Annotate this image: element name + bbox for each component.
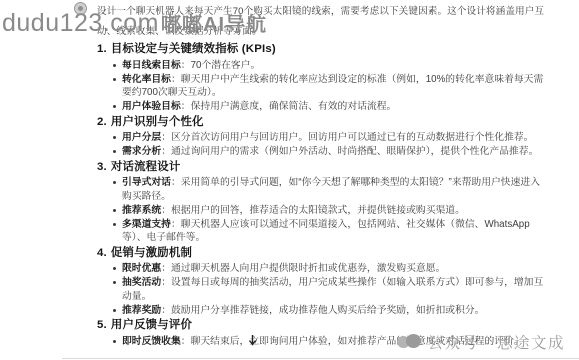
section-heading: 3.对话流程设计 <box>97 161 549 175</box>
top-watermark: dudu123.com 嘟嘟AI导航 <box>2 8 267 38</box>
list-item: 需求分析：通过询问用户的需求（例如户外活动、时尚搭配、眼睛保护），提供个性化产品… <box>122 145 546 159</box>
list-item: 用户分层：区分首次访问用户与回访用户。回访用户可以通过已有的互动数据进行个性化推… <box>122 131 546 145</box>
section-title: 用户反馈与评价 <box>111 319 192 331</box>
section-number: 3. <box>97 161 107 173</box>
section-title: 用户识别与个性化 <box>111 116 204 128</box>
list-item: 抽奖活动：设置每日或每周的抽奖活动，用户完成某些操作（如输入联系方式）即可参与，… <box>122 276 546 303</box>
section-number: 5. <box>97 319 107 331</box>
section-heading: 4.促销与激励机制 <box>97 247 549 261</box>
bottom-divider <box>62 358 579 359</box>
watermark-account-text: 公众号 · 思途文成 <box>428 331 565 353</box>
list-item: 推荐奖励：鼓励用户分享推荐链接，成功推荐他人购买后给予奖励，如折扣或积分。 <box>122 304 546 318</box>
section-title: 对话流程设计 <box>111 161 181 173</box>
list-item: 用户体验目标：保持用户满意度，确保简洁、有效的对话流程。 <box>122 100 546 114</box>
bullet-list: 用户分层：区分首次访问用户与回访用户。回访用户可以通过已有的互动数据进行个性化推… <box>97 131 546 159</box>
section-title: 促销与激励机制 <box>111 247 192 259</box>
section-dialog-flow: 3.对话流程设计 引导式对话：采用简单的引导式问题，如“你今天想了解哪种类型的太… <box>97 161 549 245</box>
chat-bubbles-icon <box>397 334 421 351</box>
section-number: 2. <box>97 116 107 128</box>
cursor-arrow-icon <box>248 333 257 351</box>
section-number: 4. <box>97 247 107 259</box>
section-personalization: 2.用户识别与个性化 用户分层：区分首次访问用户与回访用户。回访用户可以通过已有… <box>97 116 549 159</box>
chat-response: 设计一个聊天机器人来每天产生70个购买太阳镜的线索，需要考虑以下关键因素。这个设… <box>97 2 549 349</box>
list-item: 每日线索目标：70个潜在客户。 <box>122 59 546 73</box>
list-item: 引导式对话：采用简单的引导式问题，如“你今天想了解哪种类型的太阳镜？”来帮助用户… <box>122 176 546 203</box>
bullet-list: 引导式对话：采用简单的引导式问题，如“你今天想了解哪种类型的太阳镜？”来帮助用户… <box>97 176 546 245</box>
section-number: 1. <box>97 43 107 55</box>
bullet-list: 限时优惠：通过聊天机器人向用户提供限时折扣或优惠券，激发购买意愿。 抽奖活动：设… <box>97 262 546 317</box>
section-heading: 1.目标设定与关键绩效指标 (KPIs) <box>97 43 549 57</box>
list-item: 推荐系统：根据用户的回答，推荐适合的太阳镜款式，并提供链接或购买渠道。 <box>122 204 546 218</box>
bottom-watermark: 公众号 · 思途文成 <box>397 331 565 353</box>
section-promotions: 4.促销与激励机制 限时优惠：通过聊天机器人向用户提供限时折扣或优惠券，激发购买… <box>97 247 549 318</box>
watermark-domain-text: dudu123.com <box>2 9 159 38</box>
watermark-brand-text: 嘟嘟AI导航 <box>161 8 267 37</box>
section-title: 目标设定与关键绩效指标 (KPIs) <box>111 43 276 55</box>
list-item: 多渠道支持：聊天机器人应该可以通过不同渠道接入，包括网站、社交媒体（微信、Wha… <box>122 218 546 245</box>
bullet-list: 每日线索目标：70个潜在客户。 转化率目标：聊天用户中产生线索的转化率应达到设定… <box>97 59 546 114</box>
list-item: 限时优惠：通过聊天机器人向用户提供限时折扣或优惠券，激发购买意愿。 <box>122 262 546 276</box>
list-item: 转化率目标：聊天用户中产生线索的转化率应达到设定的标准（例如，10%的转化率意味… <box>122 73 546 100</box>
section-kpis: 1.目标设定与关键绩效指标 (KPIs) 每日线索目标：70个潜在客户。 转化率… <box>97 43 549 114</box>
section-heading: 2.用户识别与个性化 <box>97 116 549 130</box>
